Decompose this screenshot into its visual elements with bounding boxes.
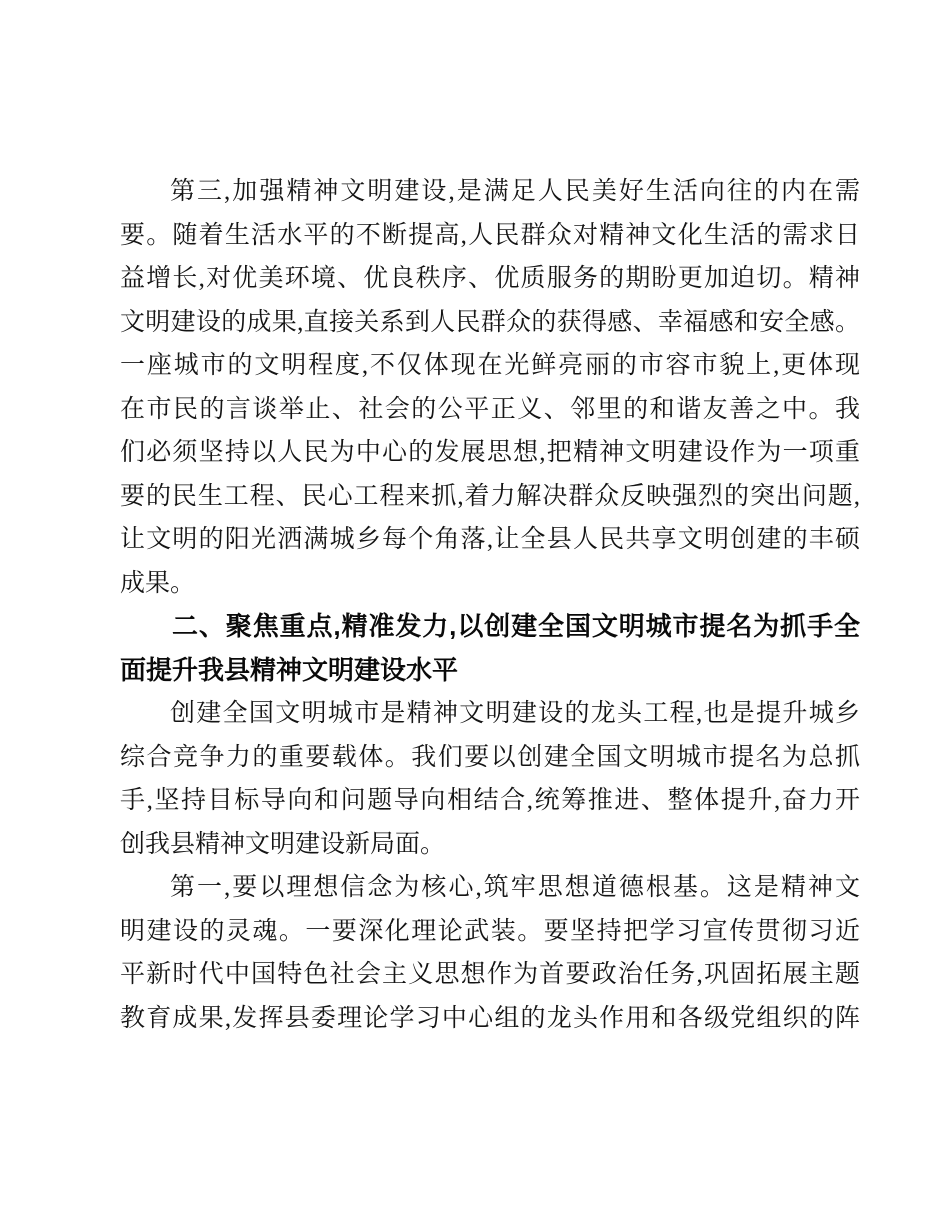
paragraph-1-line-7: 们必须坚持以人民为中心的发展思想,把精神文明建设作为一项重 [120,431,860,475]
section-heading-line-1: 二、聚焦重点,精准发力,以创建全国文明城市提名为抓手全 [120,605,860,649]
paragraph-2-line-1: 创建全国文明城市是精神文明建设的龙头工程,也是提升城乡 [120,692,860,736]
paragraph-3-line-3: 平新时代中国特色社会主义思想作为首要政治任务,巩固拓展主题 [120,953,860,997]
section-heading-line-2: 面提升我县精神文明建设水平 [120,649,860,693]
paragraph-2-line-2: 综合竞争力的重要载体。我们要以创建全国文明城市提名为总抓 [120,736,860,780]
paragraph-3-line-2: 明建设的灵魂。一要深化理论武装。要坚持把学习宣传贯彻习近 [120,910,860,954]
paragraph-1-line-10: 成果。 [120,562,860,606]
paragraph-1-line-4: 文明建设的成果,直接关系到人民群众的获得感、幸福感和安全感。 [120,301,860,345]
document-page: 第三,加强精神文明建设,是满足人民美好生活向往的内在需 要。随着生活水平的不断提… [0,0,950,1230]
paragraph-1-line-6: 在市民的言谈举止、社会的公平正义、邻里的和谐友善之中。我 [120,388,860,432]
paragraph-1-line-9: 让文明的阳光洒满城乡每个角落,让全县人民共享文明创建的丰硕 [120,518,860,562]
paragraph-2-line-3: 手,坚持目标导向和问题导向相结合,统筹推进、整体提升,奋力开 [120,779,860,823]
paragraph-1-line-3: 益增长,对优美环境、优良秩序、优质服务的期盼更加迫切。精神 [120,257,860,301]
document-text-block: 第三,加强精神文明建设,是满足人民美好生活向往的内在需 要。随着生活水平的不断提… [120,170,860,1040]
paragraph-1-line-2: 要。随着生活水平的不断提高,人民群众对精神文化生活的需求日 [120,214,860,258]
paragraph-1-line-5: 一座城市的文明程度,不仅体现在光鲜亮丽的市容市貌上,更体现 [120,344,860,388]
paragraph-3-line-1: 第一,要以理想信念为核心,筑牢思想道德根基。这是精神文 [120,866,860,910]
paragraph-1-line-8: 要的民生工程、民心工程来抓,着力解决群众反映强烈的突出问题, [120,475,860,519]
paragraph-1-line-1: 第三,加强精神文明建设,是满足人民美好生活向往的内在需 [120,170,860,214]
paragraph-2-line-4: 创我县精神文明建设新局面。 [120,823,860,867]
paragraph-3-line-4: 教育成果,发挥县委理论学习中心组的龙头作用和各级党组织的阵 [120,997,860,1041]
